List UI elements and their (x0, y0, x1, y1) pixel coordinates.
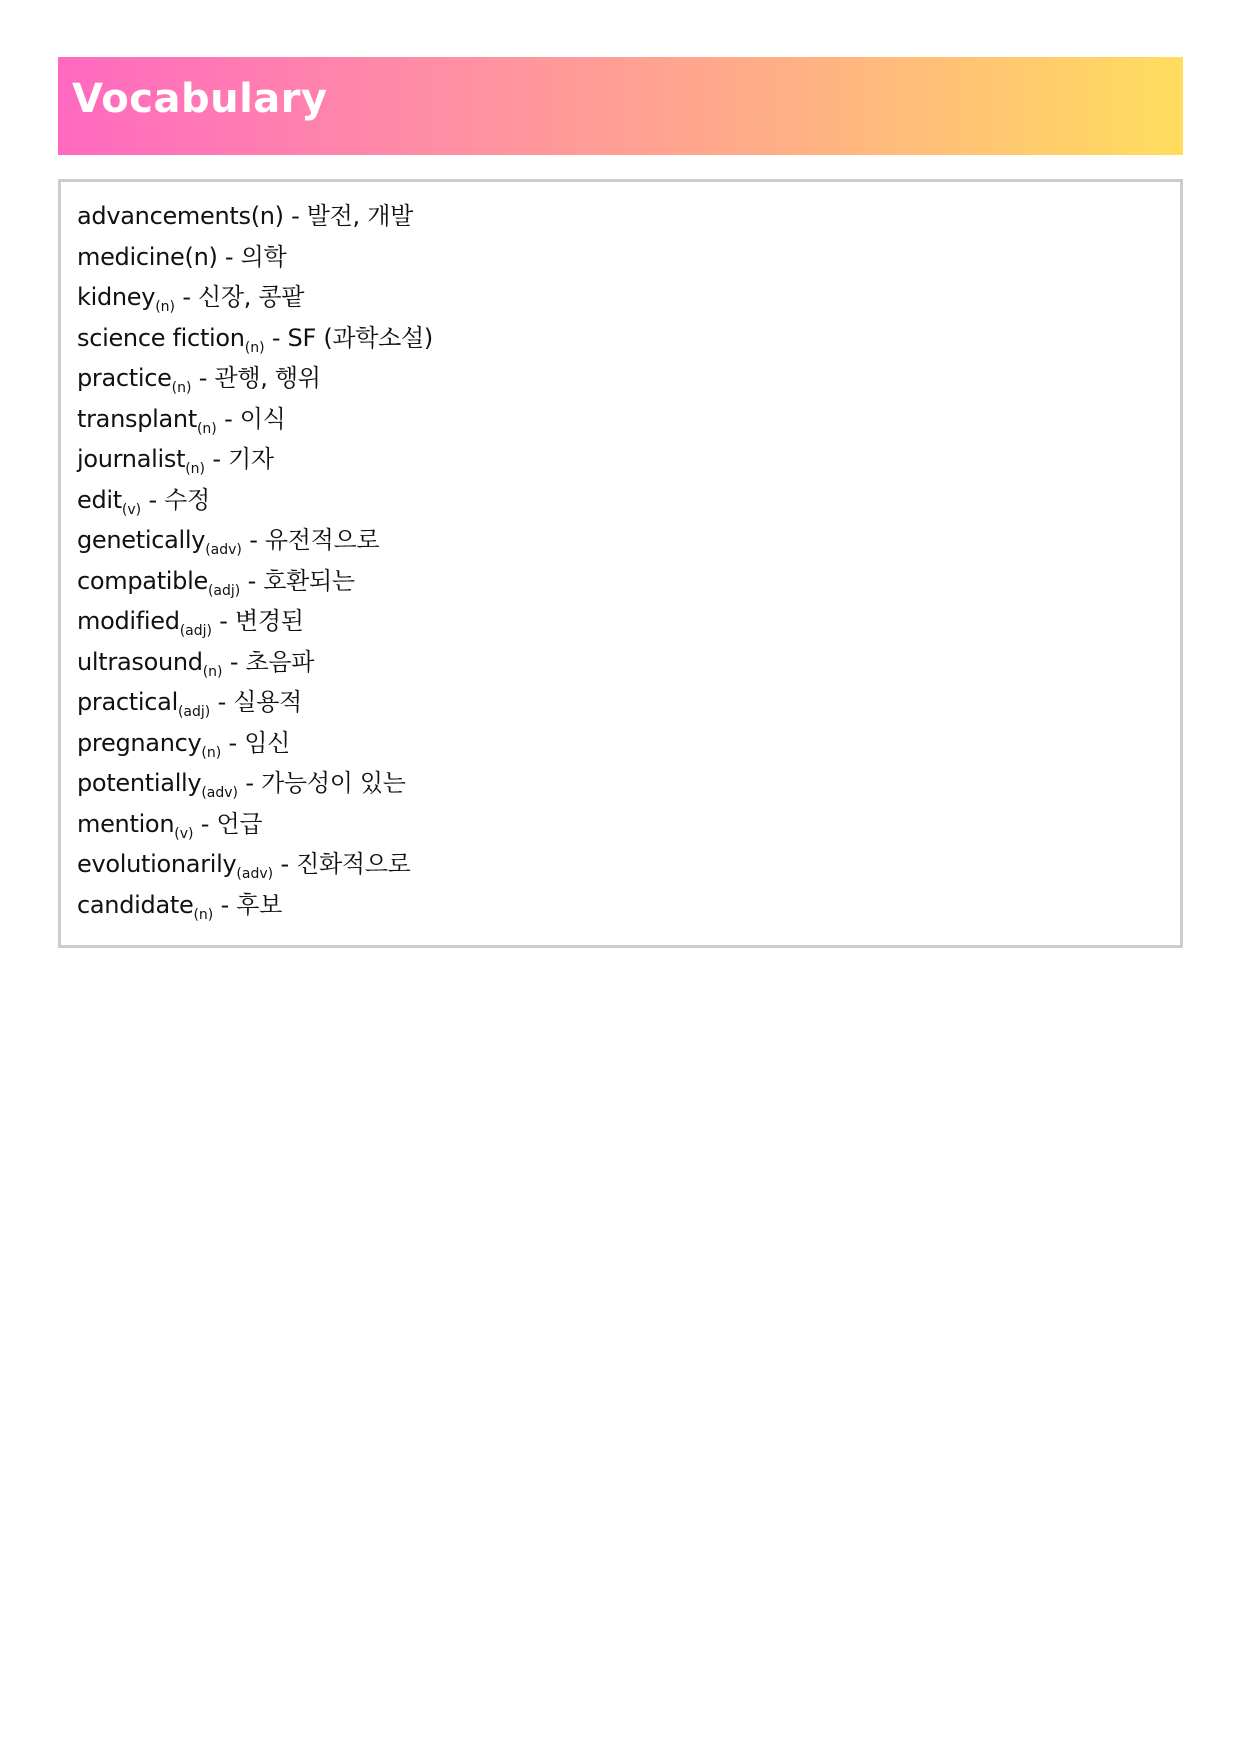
vocab-item: journalist(n) - 기자 (77, 439, 433, 480)
vocab-item: practice(n) - 관행, 행위 (77, 358, 433, 399)
vocab-word: genetically (77, 526, 205, 554)
vocab-pos: (n) (193, 907, 213, 923)
vocab-item: kidney(n) - 신장, 콩팥 (77, 277, 433, 318)
vocab-meaning: - 기자 (205, 445, 274, 473)
vocab-item: practical(adj) - 실용적 (77, 682, 433, 723)
vocab-word: compatible (77, 567, 208, 595)
vocab-meaning: - 신장, 콩팥 (175, 283, 304, 311)
vocab-pos: (adj) (180, 623, 212, 639)
vocab-item: medicine(n) - 의학 (77, 237, 433, 278)
vocab-pos: (n) (155, 299, 175, 315)
vocab-item: candidate(n) - 후보 (77, 885, 433, 926)
vocab-item: edit(v) - 수정 (77, 480, 433, 521)
vocab-meaning: - 관행, 행위 (191, 364, 320, 392)
vocab-meaning: - 이식 (217, 405, 286, 433)
vocab-word: practice (77, 364, 172, 392)
vocab-meaning: - 호환되는 (240, 567, 355, 595)
vocab-meaning: - 언급 (193, 810, 262, 838)
vocab-pos: (n) (245, 340, 265, 356)
vocab-pos: (n) (172, 380, 192, 396)
vocab-word: mention (77, 810, 174, 838)
vocab-pos: (adj) (178, 704, 210, 720)
vocab-meaning: - 진화적으로 (273, 850, 410, 878)
vocabulary-list-box: advancements(n) - 발전, 개발 medicine(n) - 의… (58, 179, 1183, 948)
vocab-word: candidate (77, 891, 193, 919)
vocab-pos: (adv) (205, 542, 242, 558)
vocab-item: ultrasound(n) - 초음파 (77, 642, 433, 683)
vocab-pos: (adv) (201, 785, 238, 801)
vocab-item: compatible(adj) - 호환되는 (77, 561, 433, 602)
vocab-item: modified(adj) - 변경된 (77, 601, 433, 642)
vocab-pos: (n) (197, 421, 217, 437)
vocab-meaning: - 실용적 (210, 688, 302, 716)
vocab-meaning: - 의학 (218, 243, 287, 271)
vocab-word: potentially (77, 769, 201, 797)
vocab-pos: (n) (203, 664, 223, 680)
vocab-meaning: - 임신 (221, 729, 290, 757)
vocab-word: kidney (77, 283, 155, 311)
vocab-pos: (n) (185, 243, 218, 271)
vocab-item: potentially(adv) - 가능성이 있는 (77, 763, 433, 804)
vocab-meaning: - 변경된 (212, 607, 304, 635)
vocab-word: pregnancy (77, 729, 201, 757)
vocab-pos: (n) (201, 745, 221, 761)
vocab-item: transplant(n) - 이식 (77, 399, 433, 440)
vocab-word: evolutionarily (77, 850, 236, 878)
vocab-word: modified (77, 607, 180, 635)
vocab-item: genetically(adv) - 유전적으로 (77, 520, 433, 561)
vocab-pos: (v) (174, 826, 193, 842)
vocab-word: medicine (77, 243, 185, 271)
vocab-item: mention(v) - 언급 (77, 804, 433, 845)
vocab-word: science fiction (77, 324, 245, 352)
vocab-pos: (n) (185, 461, 205, 477)
vocab-pos: (v) (122, 502, 141, 518)
vocabulary-list: advancements(n) - 발전, 개발 medicine(n) - 의… (77, 196, 433, 925)
vocab-item: science fiction(n) - SF (과학소설) (77, 318, 433, 359)
vocabulary-header-banner: Vocabulary (58, 57, 1183, 155)
vocab-pos: (n) (251, 202, 284, 230)
vocab-meaning: - 유전적으로 (242, 526, 379, 554)
vocab-word: journalist (77, 445, 185, 473)
vocab-word: practical (77, 688, 178, 716)
vocab-meaning: - SF (과학소설) (265, 324, 433, 352)
vocab-word: transplant (77, 405, 197, 433)
vocab-pos: (adj) (208, 583, 240, 599)
vocab-word: edit (77, 486, 122, 514)
vocab-pos: (adv) (236, 866, 273, 882)
page-title: Vocabulary (72, 75, 328, 123)
vocab-meaning: - 초음파 (223, 648, 315, 676)
vocab-meaning: - 수정 (141, 486, 210, 514)
vocab-item: advancements(n) - 발전, 개발 (77, 196, 433, 237)
vocab-word: ultrasound (77, 648, 203, 676)
vocab-meaning: - 후보 (213, 891, 282, 919)
vocab-item: pregnancy(n) - 임신 (77, 723, 433, 764)
vocab-meaning: - 발전, 개발 (284, 202, 413, 230)
vocab-word: advancements (77, 202, 251, 230)
vocab-meaning: - 가능성이 있는 (238, 769, 406, 797)
vocab-item: evolutionarily(adv) - 진화적으로 (77, 844, 433, 885)
